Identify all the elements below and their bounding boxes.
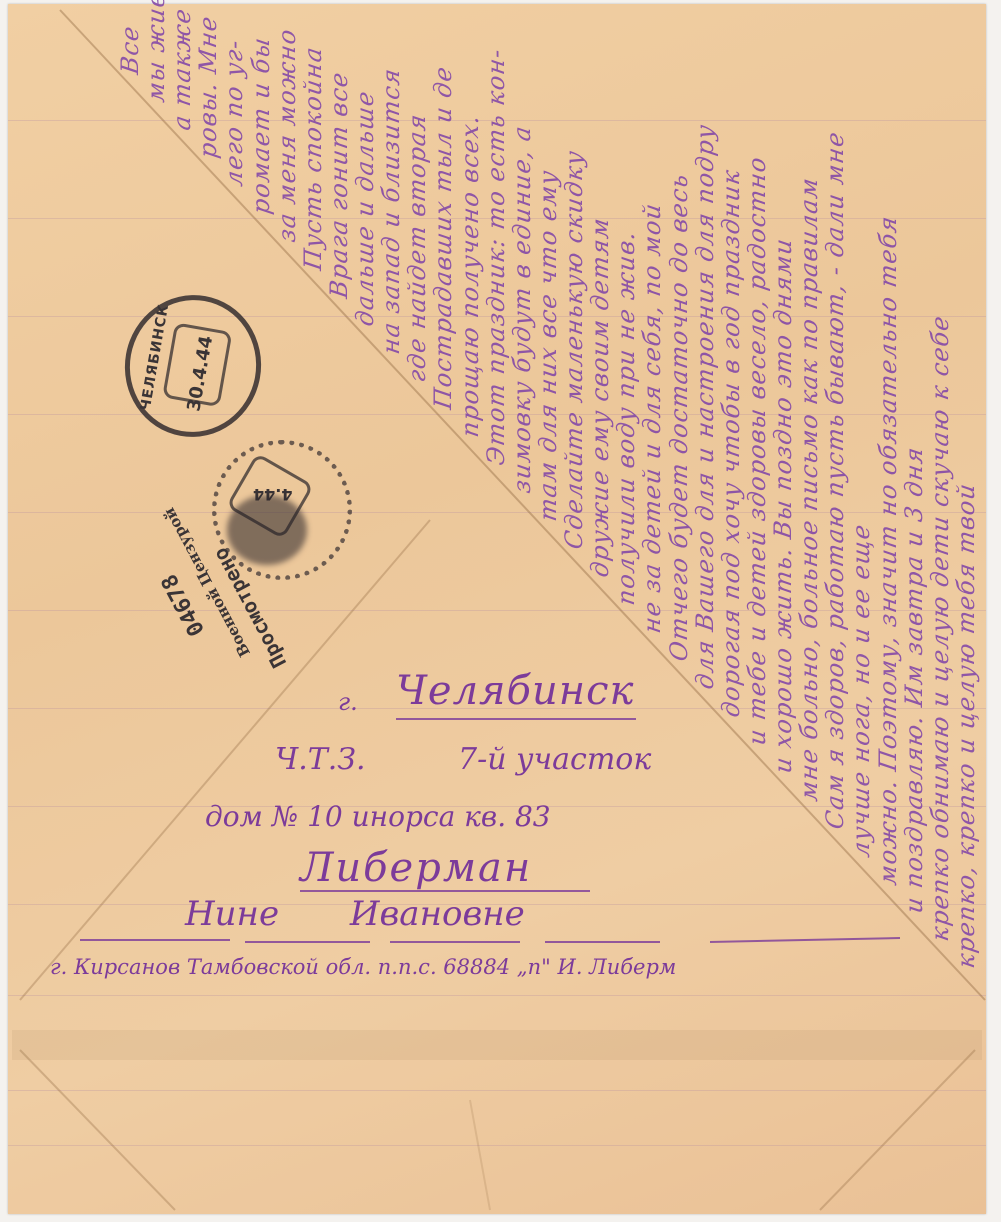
sender-address: г. Кирсанов Тамбовской обл. п.п.с. 68884… [50,955,676,979]
separator-dashes [0,0,1001,1222]
letter-scan: Всемы живыа также здо-ровы. Мнелего по у… [0,0,1001,1222]
